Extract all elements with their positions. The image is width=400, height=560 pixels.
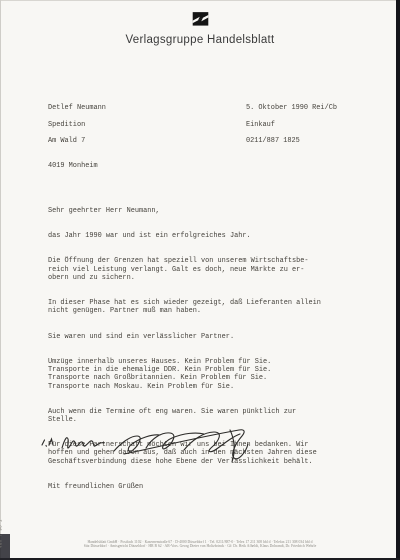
scan-edge-left [0,0,1,560]
closing-phrase: Mit freundlichen Grüßen [48,483,363,491]
recipient-name: Detlef Neumann [48,104,106,112]
company-name: Verlagsgruppe Handelsblatt [0,34,400,46]
paragraph: das Jahr 1990 war und ist ein erfolgreic… [48,232,363,240]
paragraph: Sie waren und sind ein verlässlicher Par… [48,333,363,341]
department: Einkauf [246,121,337,129]
salutation: Sehr geehrter Herr Neumann, [48,207,363,215]
letter-meta: 5. Oktober 1990 Rei/Cb Einkauf 0211/887 … [246,96,337,154]
letterhead: Verlagsgruppe Handelsblatt [0,10,400,46]
phone-number: 0211/887 1825 [246,137,337,145]
paragraph: Auch wenn die Termine oft eng waren. Sie… [48,408,363,425]
recipient-city: 4019 Monheim [48,162,106,170]
recipient-street: Am Wald 7 [48,137,106,145]
scanned-letter: Verlagsgruppe Handelsblatt Detlef Neuman… [0,0,400,560]
imprint-line-2: Sitz Düsseldorf · Amtsgericht Düsseldorf… [2,545,399,549]
handelsblatt-logo-icon [192,10,209,32]
date-reference: 5. Oktober 1990 Rei/Cb [246,104,337,112]
paragraph: In dieser Phase hat es sich wieder gezei… [48,299,363,316]
scan-edge-top [0,0,400,1]
recipient-company: Spedition [48,121,106,129]
recipient-address: Detlef Neumann Spedition Am Wald 7 4019 … [48,96,106,179]
paragraph: Die Öffnung der Grenzen hat speziell von… [48,257,363,282]
paragraph: Umzüge innerhalb unseres Hauses. Kein Pr… [48,358,363,391]
scan-edge-right [396,0,400,560]
imprint-footer: Handelsblatt GmbH · Postfach 1102 · Kase… [2,540,399,549]
handwritten-signature [34,424,274,476]
